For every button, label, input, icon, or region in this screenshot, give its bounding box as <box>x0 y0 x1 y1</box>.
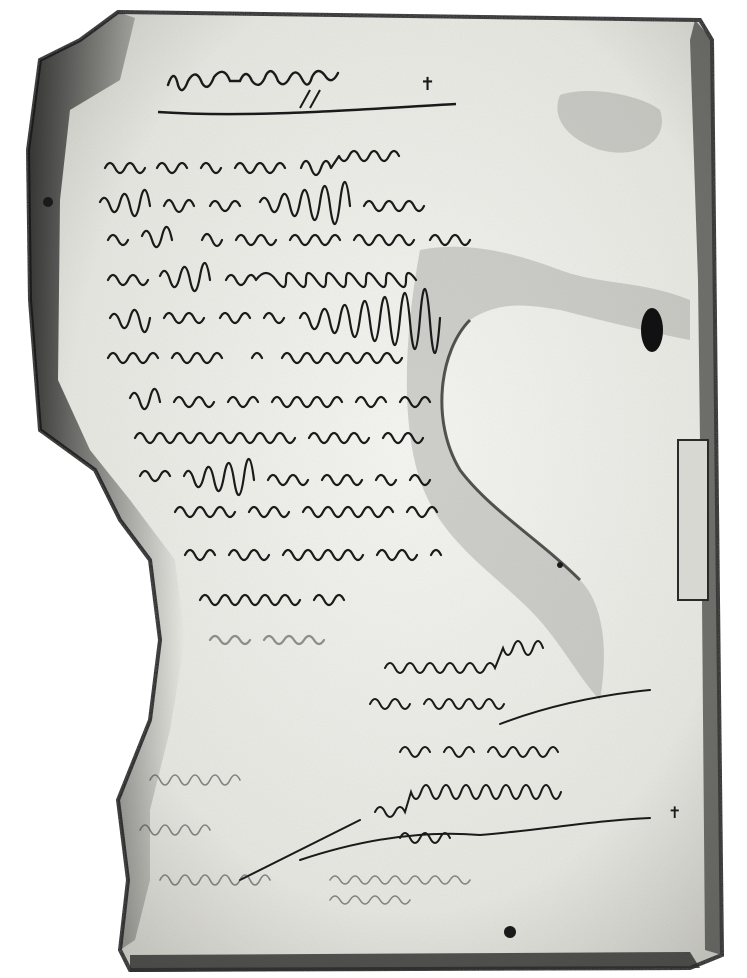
title-cross-mark: ✝ <box>420 74 435 95</box>
manuscript-svg: ✝ ✝ <box>0 0 747 978</box>
page-sheet <box>28 12 722 972</box>
manuscript-photo: ✝ ✝ <box>0 0 747 978</box>
signature-cross-mark: ✝ <box>668 803 681 822</box>
